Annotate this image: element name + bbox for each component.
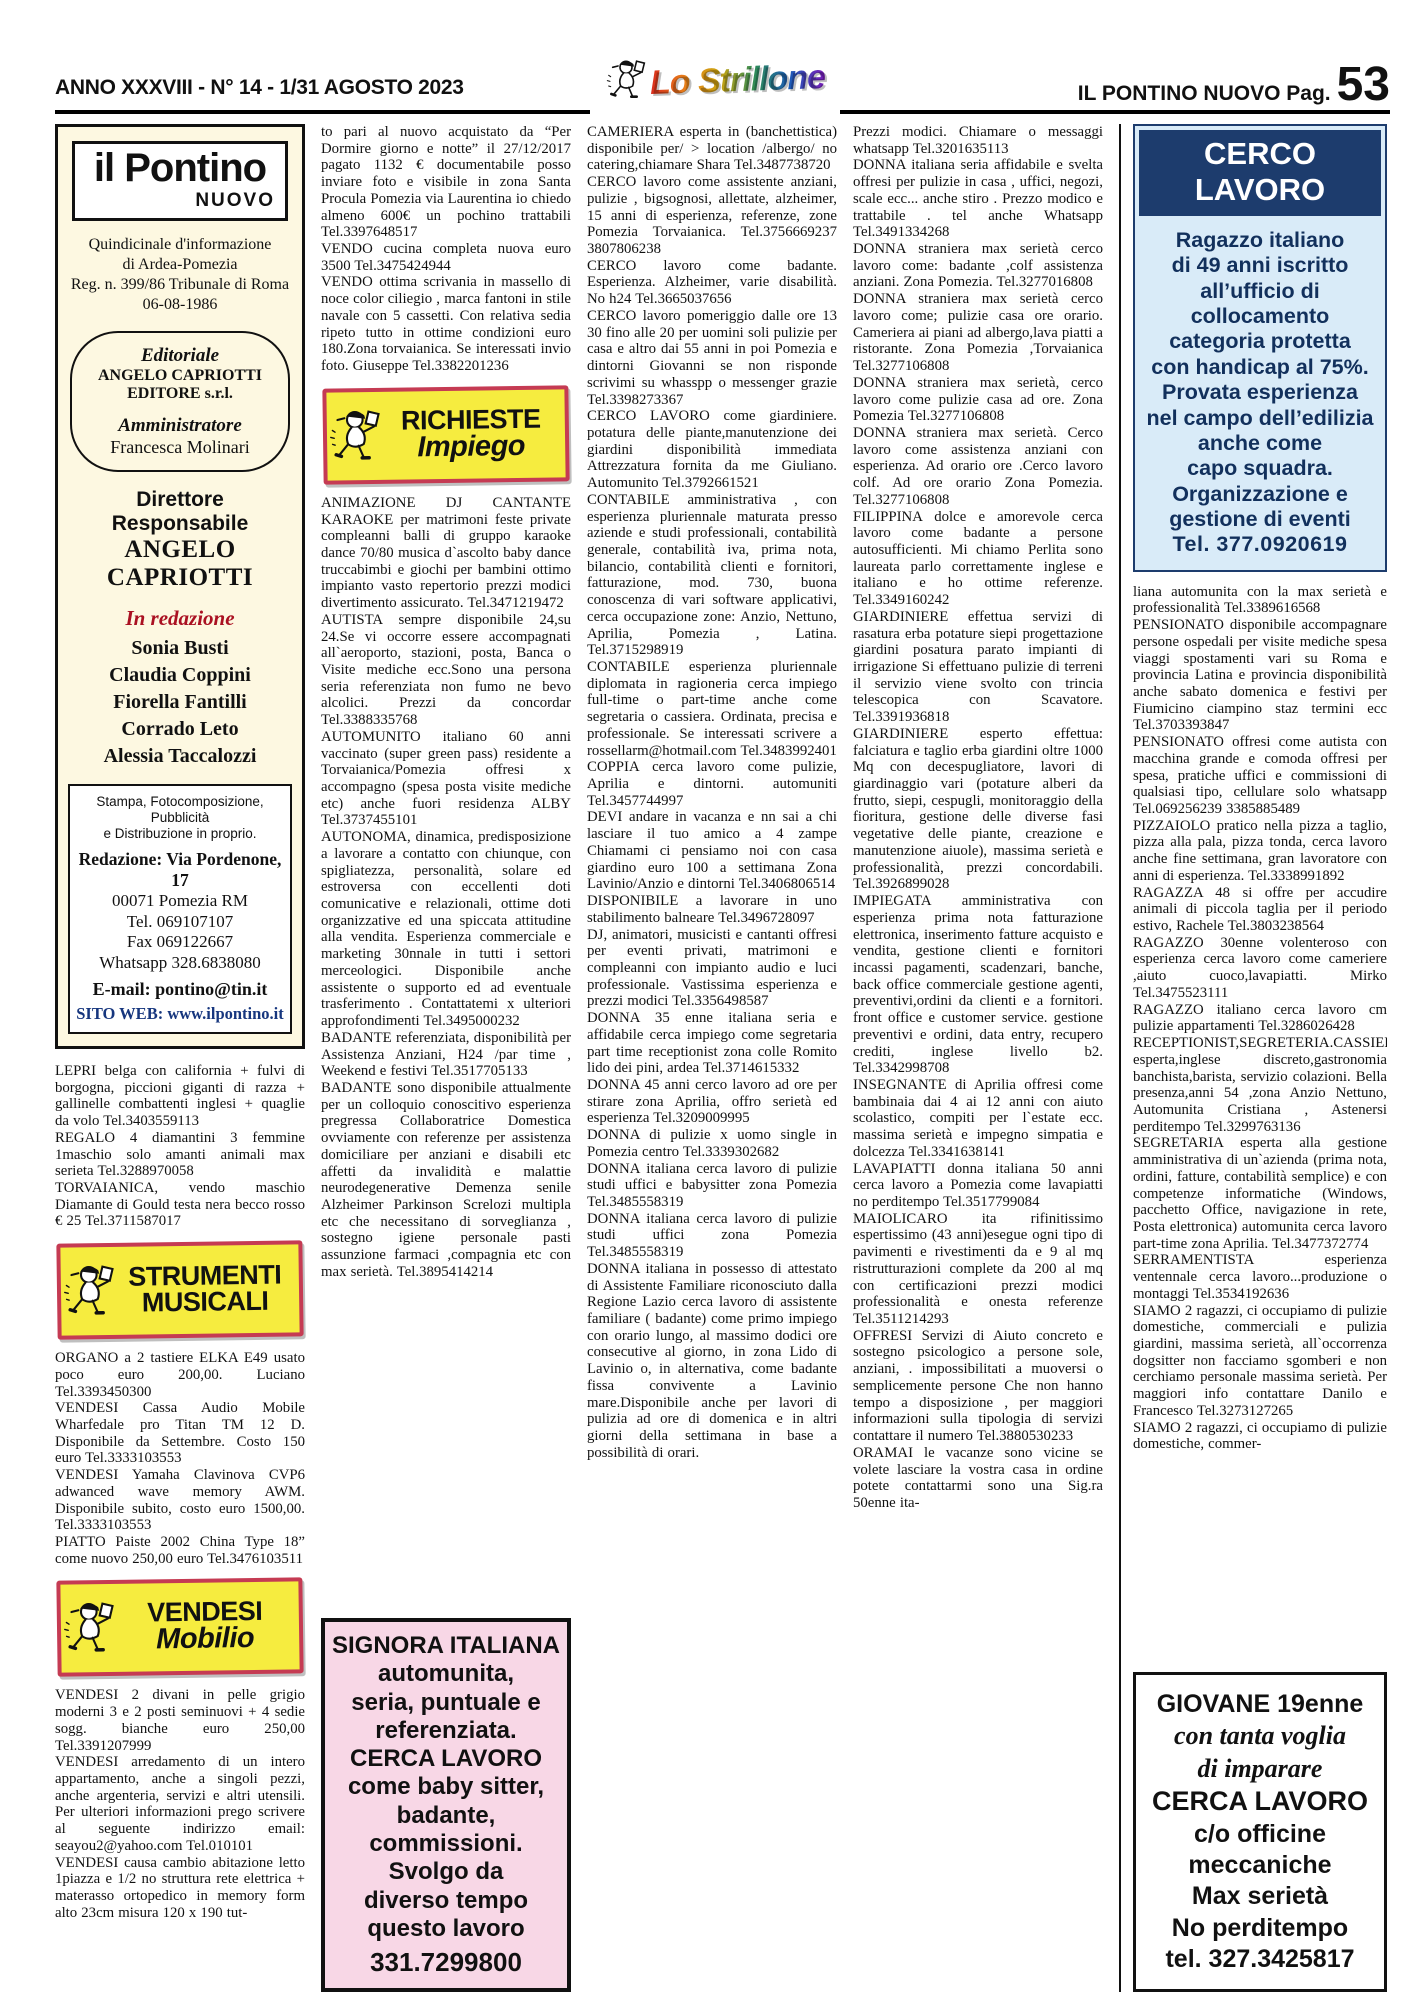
classified-ad: AUTONOMA, dinamica, predisposizione a la…	[321, 829, 571, 1030]
classified-ad: DONNA straniera max serietà, cerco lavor…	[853, 375, 1103, 425]
redazione-address: Redazione: Via Pordenone, 17 00071 Pomez…	[74, 849, 286, 973]
classified-ad: VENDESI Cassa Audio Mobile Wharfedale pr…	[55, 1400, 305, 1467]
classified-ad: ORGANO a 2 tastiere ELKA E49 usato poco …	[55, 1350, 305, 1400]
cerco-lavoro-line: Ragazzo italiano	[1137, 228, 1383, 253]
masthead-info-line: Reg. n. 399/86 Tribunale di Roma	[68, 275, 292, 295]
cerco-lavoro-line: Organizzazione e	[1137, 482, 1383, 507]
signora-line: CERCA LAVORO	[329, 1745, 563, 1773]
classified-ad: RAGAZZO 30enne volenteroso con esperienz…	[1133, 935, 1387, 1002]
classified-ad: liana automunita con la max serietà e pr…	[1133, 584, 1387, 617]
classified-ad: CONTABILE esperienza pluriennale diploma…	[587, 659, 837, 759]
classified-ad: VENDESI causa cambio abitazione letto 1p…	[55, 1855, 305, 1922]
paper-title: IL PONTINO NUOVO Pag.	[1078, 82, 1331, 106]
classified-ad: GIARDINIERE effettua servizi di rasatura…	[853, 609, 1103, 726]
signora-line: Svolgo da	[329, 1858, 563, 1886]
classified-ad: REGALO 4 diamantini 3 femmine 1maschio s…	[55, 1130, 305, 1180]
classified-ad: SIAMO 2 ragazzi, ci occupiamo di pulizie…	[1133, 1420, 1387, 1453]
classified-ad: TORVAIANICA, vendo maschio Diamante di G…	[55, 1180, 305, 1230]
banner-line2: Impiego	[383, 432, 559, 462]
classified-ad: RAGAZZA 48 si offre per accudire animali…	[1133, 885, 1387, 935]
giovane-line: di imparare	[1138, 1753, 1382, 1786]
email-line: E-mail: pontino@tin.it	[74, 979, 286, 1000]
giovane-line: Max serietà	[1138, 1881, 1382, 1912]
section-banner-vendesi-mobilio: VENDESI Mobilio	[56, 1578, 303, 1677]
classified-ad: LAVAPIATTI donna italiana 50 anni cerca …	[853, 1161, 1103, 1211]
signora-line: referenziata.	[329, 1717, 563, 1745]
classified-ad: VENDESI Yamaha Clavinova CVP6 adwanced w…	[55, 1467, 305, 1534]
column-4: Prezzi modici. Chiamare o messaggi whats…	[853, 124, 1103, 1992]
column-5: CERCO LAVORO Ragazzo italianodi 49 anni …	[1119, 124, 1387, 1992]
classified-ad: DONNA italiana in possesso di attestato …	[587, 1261, 837, 1462]
ads-mobilio: VENDESI 2 divani in pelle grigio moderni…	[55, 1687, 305, 1992]
classified-ad: ANIMAZIONE DJ CANTANTE KARAOKE per matri…	[321, 495, 571, 612]
cerco-lavoro-line: all’ufficio di collocamento	[1137, 279, 1383, 330]
staff-member: Sonia Busti	[68, 635, 292, 662]
director-label: Direttore Responsabile	[68, 488, 292, 536]
classified-ad: DONNA italiana cerca lavoro di pulizie s…	[587, 1211, 837, 1261]
cerco-lavoro-title: CERCO LAVORO	[1139, 130, 1381, 216]
classified-ad: RAGAZZO italiano cerca lavoro cm pulizie…	[1133, 1002, 1387, 1035]
print-info: Stampa, Fotocomposizione, Pubblicitàe Di…	[74, 794, 286, 843]
staff-member: Corrado Leto	[68, 716, 292, 743]
cerco-lavoro-body: Ragazzo italianodi 49 anni iscrittoall’u…	[1135, 220, 1385, 570]
issue-info: ANNO XXXVIII - N° 14 - 1/31 AGOSTO 2023	[55, 76, 464, 100]
cerco-lavoro-line: categoria protetta	[1137, 329, 1383, 354]
newsboy-icon	[63, 1259, 116, 1324]
classified-ad: SERRAMENTISTA esperienza ventennale cerc…	[1133, 1252, 1387, 1302]
classified-ad: VENDESI 2 divani in pelle grigio moderni…	[55, 1687, 305, 1754]
newsboy-icon	[606, 56, 646, 104]
redazione-line: Fax 069122667	[74, 932, 286, 952]
classified-ad: SEGRETARIA esperta alla gestione amminis…	[1133, 1135, 1387, 1252]
classified-ad: VENDO cucina completa nuova euro 3500 Te…	[321, 241, 571, 274]
giovane-line: meccaniche	[1138, 1850, 1382, 1881]
classified-ad: PENSIONATO disponibile accompagnare pers…	[1133, 617, 1387, 734]
masthead-info-line: Quindicinale d'informazione	[68, 235, 292, 255]
classified-ad: COPPIA cerca lavoro come pulizie, Aprili…	[587, 759, 837, 809]
cerco-lavoro-line: anche come	[1137, 431, 1383, 456]
signora-line: automunita,	[329, 1660, 563, 1688]
section-banner-strumenti-musicali: STRUMENTI MUSICALI	[56, 1240, 303, 1339]
redazione-line1: Redazione: Via Pordenone, 17	[79, 849, 282, 890]
ads-column4: Prezzi modici. Chiamare o messaggi whats…	[853, 124, 1103, 1992]
print-info-line: e Distribuzione in proprio.	[74, 826, 286, 842]
classified-ad: DONNA 35 enne italiana seria e affidabil…	[587, 1010, 837, 1077]
signora-line: questo lavoro	[329, 1915, 563, 1943]
classified-ad: IMPIEGATA amministrativa con esperienza …	[853, 893, 1103, 1077]
signora-line: come baby sitter,	[329, 1773, 563, 1801]
classified-ad: VENDO ottima scrivania in massello di no…	[321, 274, 571, 374]
website-line: SITO WEB: www.ilpontino.it	[74, 1004, 286, 1024]
logo-text: Lo Strillone	[649, 57, 825, 102]
print-info-line: Stampa, Fotocomposizione, Pubblicità	[74, 794, 286, 826]
staff-member: Alessia Taccalozzi	[68, 743, 292, 770]
classified-ad: PENSIONATO offresi come autista con macc…	[1133, 734, 1387, 818]
classified-ad: DONNA straniera max serietà cerco lavoro…	[853, 241, 1103, 291]
classified-ad: FILIPPINA dolce e amorevole cerca lavoro…	[853, 509, 1103, 609]
redazione-label: In redazione	[68, 606, 292, 631]
staff-list: Sonia BustiClaudia CoppiniFiorella Fanti…	[68, 635, 292, 770]
redazione-lines: 00071 Pomezia RMTel. 069107107Fax 069122…	[74, 891, 286, 973]
masthead: il Pontino NUOVO Quindicinale d'informaz…	[55, 124, 305, 1049]
column-2: to pari al nuovo acquistato da “Per Dorm…	[321, 124, 571, 1992]
classified-ad: VENDESI arredamento di un intero apparta…	[55, 1754, 305, 1854]
classified-ad: DONNA italiana cerca lavoro di pulizie s…	[587, 1161, 837, 1211]
ads-column5: liana automunita con la max serietà e pr…	[1133, 584, 1387, 1672]
classified-ad: AUTOMUNITO italiano 60 anni vaccinato (s…	[321, 729, 571, 829]
ads-continuation: to pari al nuovo acquistato da “Per Dorm…	[321, 124, 571, 375]
classified-ad: to pari al nuovo acquistato da “Per Dorm…	[321, 124, 571, 241]
column-1: il Pontino NUOVO Quindicinale d'informaz…	[55, 124, 305, 1992]
classified-ad: CONTABILE amministrativa , con esperienz…	[587, 492, 837, 659]
publisher-name: ANGELO CAPRIOTTI EDITORE s.r.l.	[78, 367, 282, 403]
classified-ad: DONNA straniera max serietà cerco lavoro…	[853, 291, 1103, 375]
classified-ad: DJ, animatori, musicisti e cantanti offr…	[587, 927, 837, 1011]
classified-ad: BADANTE sono disponibile attualmente per…	[321, 1080, 571, 1281]
classified-ad: BADANTE referenziata, disponibilità per …	[321, 1030, 571, 1080]
banner-line2: MUSICALI	[117, 1289, 293, 1317]
staff-member: Fiorella Fantilli	[68, 689, 292, 716]
classified-ad: OFFRESI Servizi di Aiuto concreto e sost…	[853, 1328, 1103, 1445]
masthead-title: il Pontino	[85, 148, 275, 188]
paper-name: IL PONTINO NUOVO Pag. 53	[1078, 66, 1390, 106]
cerco-lavoro-line: gestione di eventi	[1137, 507, 1383, 532]
column-3: CAMERIERA esperta in (banchettistica) di…	[587, 124, 837, 1992]
print-info-box: Stampa, Fotocomposizione, Pubblicitàe Di…	[68, 784, 292, 1034]
giovane-line: tel. 327.3425817	[1138, 1944, 1382, 1975]
classified-ad: PIZZAIOLO pratico nella pizza a taglio, …	[1133, 818, 1387, 885]
admin-label: Amministratore	[78, 415, 282, 437]
redazione-line: Tel. 069107107	[74, 912, 286, 932]
classified-ad: CERCO lavoro come assistente anziani, pu…	[587, 174, 837, 258]
classified-ad: SIAMO 2 ragazzi, ci occupiamo di pulizie…	[1133, 1303, 1387, 1420]
newsboy-icon	[63, 1596, 116, 1661]
page-number: 53	[1337, 66, 1390, 104]
redazione-line: 00071 Pomezia RM	[74, 891, 286, 911]
ads-impiego: ANIMAZIONE DJ CANTANTE KARAOKE per matri…	[321, 495, 571, 1281]
signora-phone: 331.7299800	[329, 1947, 563, 1978]
classified-ad: RECEPTIONIST,SEGRETERIA.CASSIERA esperta…	[1133, 1035, 1387, 1135]
newsboy-icon	[329, 404, 382, 469]
classified-ad: PIATTO Paiste 2002 China Type 18” come n…	[55, 1534, 305, 1567]
banner-line2: Mobilio	[117, 1625, 293, 1655]
classified-ad: DONNA di pulizie x uomo single in Pomezi…	[587, 1127, 837, 1160]
cerco-lavoro-line: nel campo dell’edilizia	[1137, 406, 1383, 431]
cerco-lavoro-line: di 49 anni iscritto	[1137, 253, 1383, 278]
classified-ad: CAMERIERA esperta in (banchettistica) di…	[587, 124, 837, 174]
signora-line: SIGNORA ITALIANA	[329, 1632, 563, 1660]
classified-ad: CERCO LAVORO come giardiniere. potatura …	[587, 408, 837, 492]
signora-lines: SIGNORA ITALIANAautomunita,seria, puntua…	[329, 1632, 563, 1943]
classified-ad: MAIOLICARO ita rifinitissimo espertissim…	[853, 1211, 1103, 1328]
giovane-line: c/o officine	[1138, 1819, 1382, 1850]
cerco-lavoro-line: con handicap al 75%.	[1137, 355, 1383, 380]
admin-name: Francesca Molinari	[78, 437, 282, 458]
section-banner-richieste-impiego: RICHIESTE Impiego	[322, 385, 569, 484]
giovane-line: GIOVANE 19enne	[1138, 1689, 1382, 1720]
classified-ad: LEPRI belga con california + fulvi di bo…	[55, 1063, 305, 1130]
classified-ad: INSEGNANTE di Aprilia offresi come bambi…	[853, 1077, 1103, 1161]
editorial-box: Editoriale ANGELO CAPRIOTTI EDITORE s.r.…	[70, 331, 290, 472]
giovane-line: con tanta voglia	[1138, 1720, 1382, 1753]
masthead-info-line: 06-08-1986	[68, 295, 292, 315]
ads-strumenti: ORGANO a 2 tastiere ELKA E49 usato poco …	[55, 1350, 305, 1567]
signora-line: diverso tempo	[329, 1887, 563, 1915]
cerco-lavoro-line: Provata esperienza	[1137, 380, 1383, 405]
masthead-title-box: il Pontino NUOVO	[72, 141, 288, 221]
masthead-info-line: di Ardea-Pomezia	[68, 255, 292, 275]
signora-line: commissioni.	[329, 1830, 563, 1858]
cerco-lavoro-lines: Ragazzo italianodi 49 anni iscrittoall’u…	[1137, 228, 1383, 532]
cerco-lavoro-ad-box: CERCO LAVORO Ragazzo italianodi 49 anni …	[1133, 124, 1387, 572]
cerco-lavoro-phone: Tel. 377.0920619	[1137, 532, 1383, 557]
ads-animali: LEPRI belga con california + fulvi di bo…	[55, 1063, 305, 1230]
staff-member: Claudia Coppini	[68, 662, 292, 689]
classified-ad: DONNA italiana seria affidabile e svelta…	[853, 157, 1103, 241]
classified-ad: DISPONIBILE a lavorare in uno stabilimen…	[587, 893, 837, 926]
classified-ad: AUTISTA sempre disponibile 24,su 24.Se v…	[321, 612, 571, 729]
giovane-ad-box: GIOVANE 19enne con tanta voglia di impar…	[1133, 1672, 1387, 1992]
classified-ad: CERCO lavoro pomeriggio dalle ore 13 30 …	[587, 308, 837, 408]
signora-line: seria, puntuale e	[329, 1689, 563, 1717]
classified-ad: DEVI andare in vacanza e nn sai a chi la…	[587, 809, 837, 893]
classified-ad: ORAMAI le vacanze sono vicine se volete …	[853, 1445, 1103, 1512]
director-name: ANGELO CAPRIOTTI	[68, 536, 292, 592]
lo-strillone-logo: Lo Strillone	[590, 40, 840, 120]
editorial-label: Editoriale	[78, 345, 282, 367]
giovane-line: CERCA LAVORO	[1138, 1785, 1382, 1819]
ads-column3: CAMERIERA esperta in (banchettistica) di…	[587, 124, 837, 1992]
signora-line: badante,	[329, 1802, 563, 1830]
classified-ad: DONNA 45 anni cerco lavoro ad ore per st…	[587, 1077, 837, 1127]
classified-ad: GIARDINIERE esperto effettua: falciatura…	[853, 726, 1103, 893]
masthead-info: Quindicinale d'informazionedi Ardea-Pome…	[68, 235, 292, 315]
classified-ad: DONNA straniera max serietà. Cerco lavor…	[853, 425, 1103, 509]
cerco-lavoro-line: capo squadra.	[1137, 456, 1383, 481]
newspaper-page: ANNO XXXVIII - N° 14 - 1/31 AGOSTO 2023 …	[0, 0, 1420, 2000]
masthead-subtitle: NUOVO	[85, 190, 275, 212]
classified-ad: CERCO lavoro come badante. Esperienza. A…	[587, 258, 837, 308]
redazione-line: Whatsapp 328.6838080	[74, 953, 286, 973]
signora-italiana-ad-box: SIGNORA ITALIANAautomunita,seria, puntua…	[321, 1618, 571, 1992]
classified-ad: Prezzi modici. Chiamare o messaggi whats…	[853, 124, 1103, 157]
giovane-line: No perditempo	[1138, 1913, 1382, 1944]
